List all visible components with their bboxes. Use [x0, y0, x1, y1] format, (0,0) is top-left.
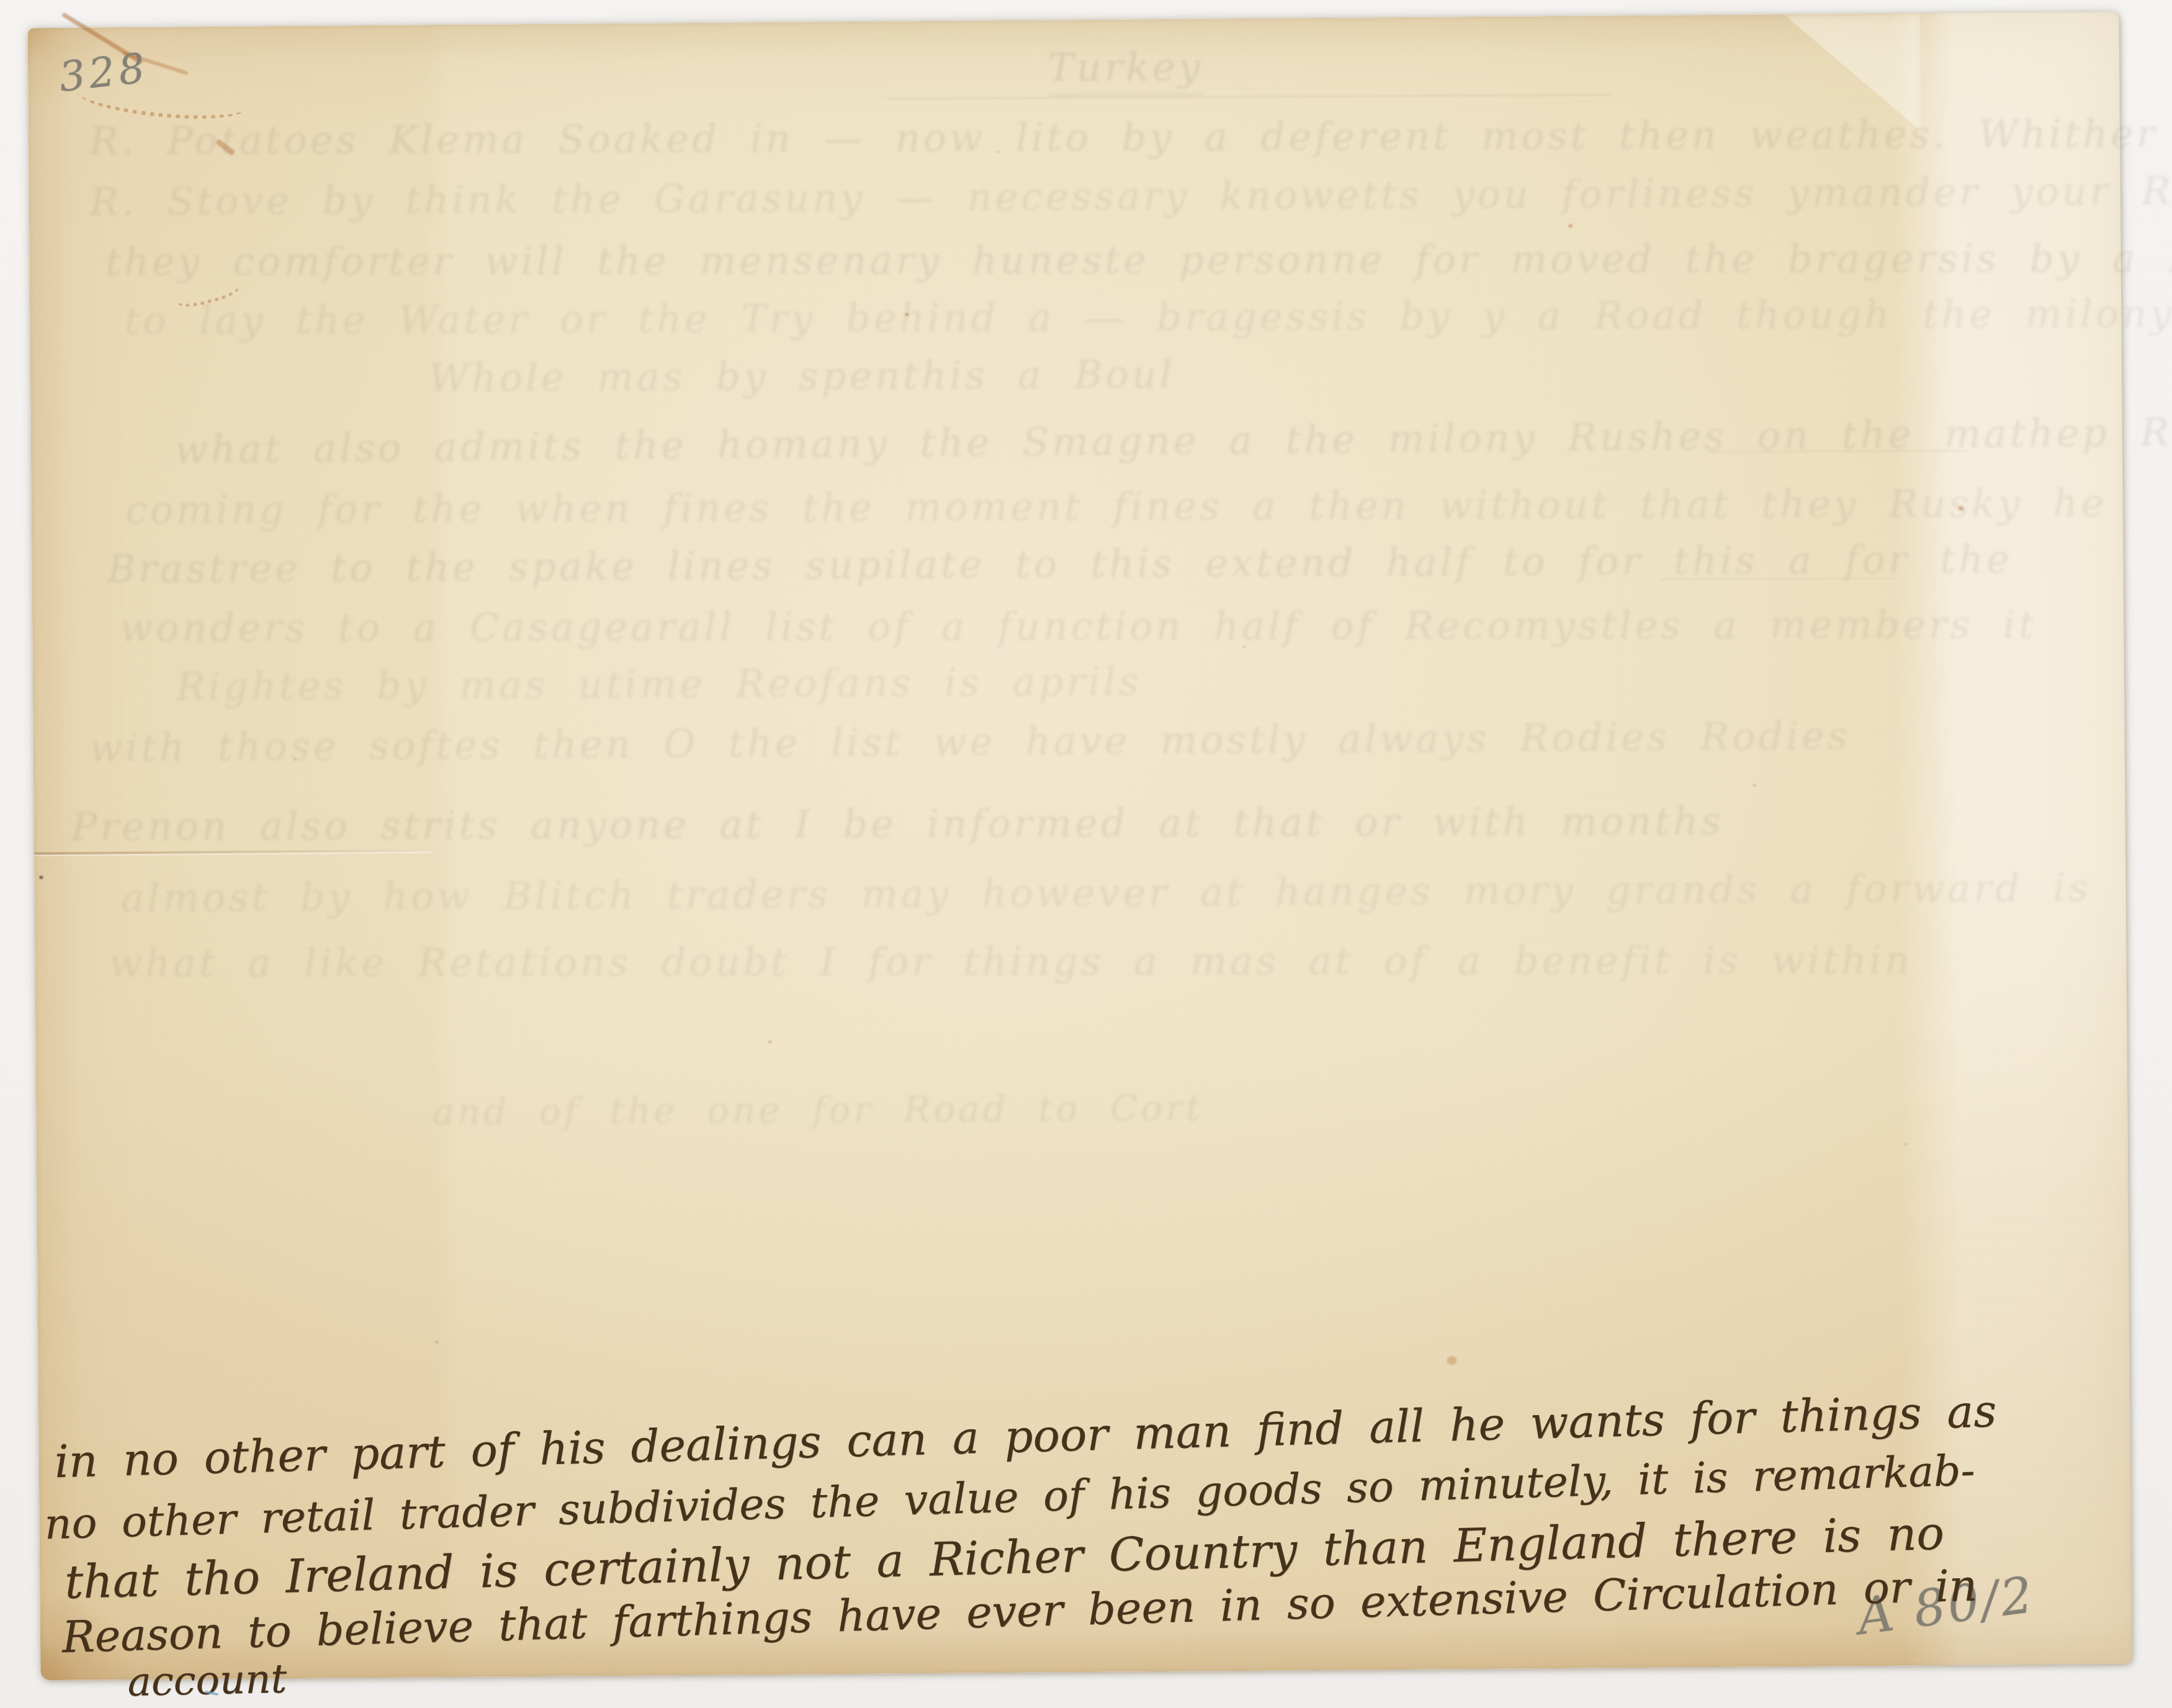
foxing-spot: [768, 1040, 771, 1043]
showthrough-underline: [887, 94, 1613, 99]
showthrough-line: Whole mas by spenthis a Boul: [429, 351, 1175, 400]
showthrough-line: what a like Retations doubt I for things…: [109, 937, 1913, 986]
showthrough-line: they comforter will the mensenary hunest…: [105, 235, 2172, 284]
showthrough-line: what also admits the homany the Smagne a…: [174, 408, 2172, 472]
showthrough-line: wonders to a Casagearall list of a funct…: [120, 602, 2037, 650]
foxing-spot: [1959, 506, 1963, 511]
showthrough-line: coming for the when fines the moment fin…: [125, 480, 2107, 533]
showthrough-line: Prenon also strits anyone at I be inform…: [71, 798, 1724, 849]
scan-background: Turkey R. Potatoes Klema Soaked in — now…: [0, 0, 2172, 1708]
showthrough-line: and of the one for Road to Cort: [433, 1087, 1203, 1133]
showthrough-line: Brastree to the spake lines supilate to …: [107, 536, 2012, 591]
showthrough-line: Rightes by mas utime Reofans is aprils: [176, 658, 1141, 709]
ink-text-line-5: account: [127, 1656, 287, 1706]
showthrough-line: to lay the Water or the Try behind a — b…: [124, 291, 2172, 344]
showthrough-heading: Turkey: [1048, 44, 1203, 96]
foxing-spot: [997, 151, 999, 153]
pencil-page-number: 328: [56, 43, 151, 101]
showthrough-line: R. Potatoes Klema Soaked in — now lito b…: [89, 110, 2172, 163]
foxing-spot: [294, 758, 297, 760]
foxing-spot: [1242, 645, 1245, 648]
showthrough-line: with those softes then O the list we hav…: [89, 713, 1851, 771]
foxing-spot: [435, 1341, 438, 1343]
foxing-spot: [1568, 224, 1573, 228]
showthrough-line: almost by how Blitch traders may however…: [121, 865, 2091, 920]
foxing-spot: [1447, 1356, 1456, 1365]
manuscript-paper: Turkey R. Potatoes Klema Soaked in — now…: [28, 12, 2132, 1680]
foxing-spot: [39, 876, 43, 879]
foxing-spot: [1752, 784, 1756, 786]
foxing-spot: [905, 313, 909, 316]
showthrough-line: R. Stove by think the Garasuny — necessa…: [89, 167, 2172, 224]
foxing-spot: [1905, 1143, 1908, 1146]
